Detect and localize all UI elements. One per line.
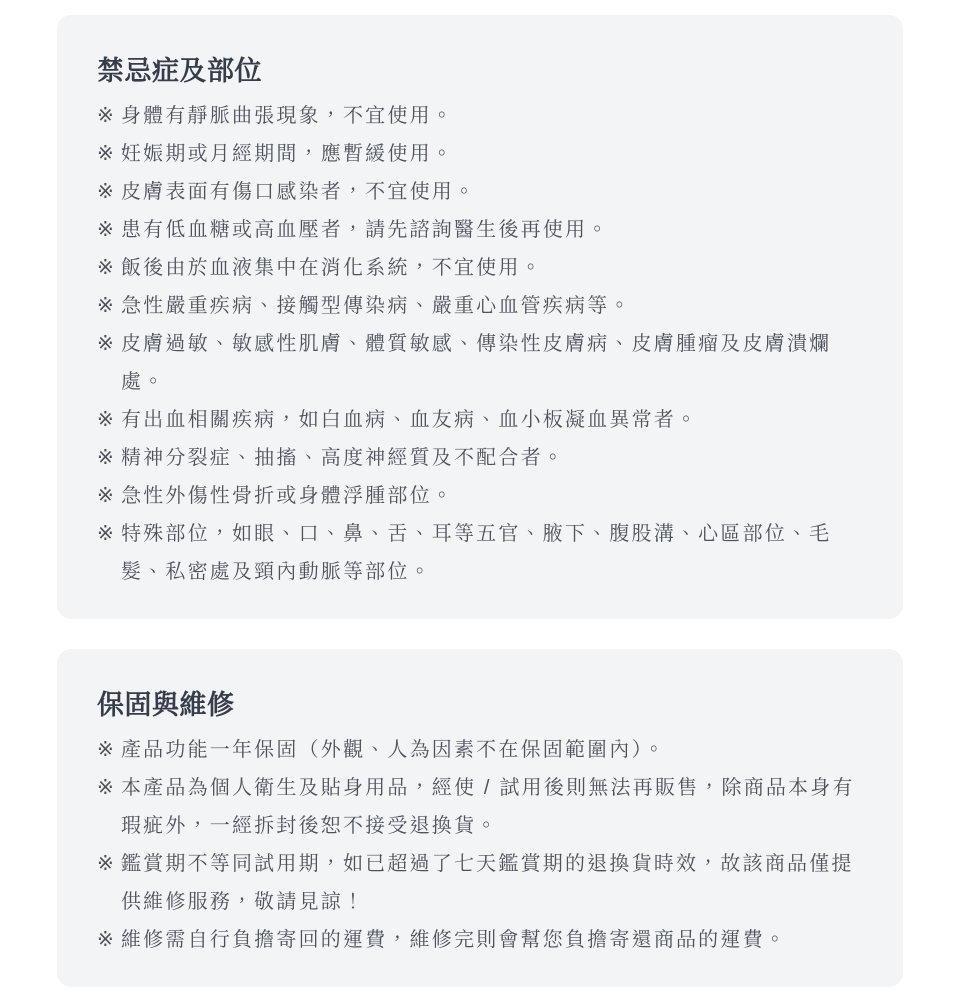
reference-mark-icon: ※ [97,439,116,477]
section-list: ※身體有靜脈曲張現象，不宜使用。※妊娠期或月經期間，應暫緩使用。※皮膚表面有傷口… [97,97,863,591]
list-item: ※有出血相關疾病，如白血病、血友病、血小板凝血異常者。 [97,401,863,439]
section-list: ※產品功能一年保固（外觀、人為因素不在保固範圍內）。※本產品為個人衛生及貼身用品… [97,731,863,959]
reference-mark-icon: ※ [97,173,116,211]
list-item: ※身體有靜脈曲張現象，不宜使用。 [97,97,863,135]
list-item-text: 有出血相關疾病，如白血病、血友病、血小板凝血異常者。 [121,401,863,439]
section-card-warranty: 保固與維修 ※產品功能一年保固（外觀、人為因素不在保固範圍內）。※本產品為個人衛… [57,649,903,987]
list-item: ※鑑賞期不等同試用期，如已超過了七天鑑賞期的退換貨時效，故該商品僅提供維修服務，… [97,845,863,921]
list-item-text: 身體有靜脈曲張現象，不宜使用。 [121,97,863,135]
reference-mark-icon: ※ [97,477,116,515]
list-item: ※維修需自行負擔寄回的運費，維修完則會幫您負擔寄還商品的運費。 [97,921,863,959]
section-title-warranty: 保固與維修 [97,687,863,723]
reference-mark-icon: ※ [97,325,116,363]
list-item-text: 精神分裂症、抽搐、高度神經質及不配合者。 [121,439,863,477]
reference-mark-icon: ※ [97,287,116,325]
list-item: ※特殊部位，如眼、口、鼻、舌、耳等五官、腋下、腹股溝、心區部位、毛髮、私密處及頸… [97,515,863,591]
list-item-text: 妊娠期或月經期間，應暫緩使用。 [121,135,863,173]
list-item: ※飯後由於血液集中在消化系統，不宜使用。 [97,249,863,287]
reference-mark-icon: ※ [97,401,116,439]
list-item: ※妊娠期或月經期間，應暫緩使用。 [97,135,863,173]
list-item-text: 皮膚過敏、敏感性肌膚、體質敏感、傳染性皮膚病、皮膚腫瘤及皮膚潰爛處。 [121,325,863,401]
reference-mark-icon: ※ [97,97,116,135]
list-item-text: 特殊部位，如眼、口、鼻、舌、耳等五官、腋下、腹股溝、心區部位、毛髮、私密處及頸內… [121,515,863,591]
list-item-text: 急性嚴重疾病、接觸型傳染病、嚴重心血管疾病等。 [121,287,863,325]
reference-mark-icon: ※ [97,135,116,173]
list-item-text: 本產品為個人衛生及貼身用品，經使 / 試用後則無法再販售，除商品本身有瑕疵外，一… [121,769,863,845]
list-item-text: 皮膚表面有傷口感染者，不宜使用。 [121,173,863,211]
list-item: ※患有低血糖或高血壓者，請先諮詢醫生後再使用。 [97,211,863,249]
section-card-contraindications: 禁忌症及部位 ※身體有靜脈曲張現象，不宜使用。※妊娠期或月經期間，應暫緩使用。※… [57,15,903,619]
reference-mark-icon: ※ [97,249,116,287]
list-item: ※皮膚過敏、敏感性肌膚、體質敏感、傳染性皮膚病、皮膚腫瘤及皮膚潰爛處。 [97,325,863,401]
list-item: ※皮膚表面有傷口感染者，不宜使用。 [97,173,863,211]
reference-mark-icon: ※ [97,731,116,769]
list-item: ※本產品為個人衛生及貼身用品，經使 / 試用後則無法再販售，除商品本身有瑕疵外，… [97,769,863,845]
content: 禁忌症及部位 ※身體有靜脈曲張現象，不宜使用。※妊娠期或月經期間，應暫緩使用。※… [0,0,960,987]
reference-mark-icon: ※ [97,211,116,249]
list-item-text: 患有低血糖或高血壓者，請先諮詢醫生後再使用。 [121,211,863,249]
reference-mark-icon: ※ [97,769,116,807]
list-item: ※急性嚴重疾病、接觸型傳染病、嚴重心血管疾病等。 [97,287,863,325]
page: { "colors": { "page_background": "#fffff… [0,0,960,988]
reference-mark-icon: ※ [97,845,116,883]
reference-mark-icon: ※ [97,515,116,553]
list-item: ※產品功能一年保固（外觀、人為因素不在保固範圍內）。 [97,731,863,769]
list-item-text: 急性外傷性骨折或身體浮腫部位。 [121,477,863,515]
list-item: ※精神分裂症、抽搐、高度神經質及不配合者。 [97,439,863,477]
list-item-text: 鑑賞期不等同試用期，如已超過了七天鑑賞期的退換貨時效，故該商品僅提供維修服務，敬… [121,845,863,921]
section-title-contraindications: 禁忌症及部位 [97,53,863,89]
list-item-text: 產品功能一年保固（外觀、人為因素不在保固範圍內）。 [121,731,863,769]
list-item-text: 維修需自行負擔寄回的運費，維修完則會幫您負擔寄還商品的運費。 [121,921,863,959]
list-item: ※急性外傷性骨折或身體浮腫部位。 [97,477,863,515]
list-item-text: 飯後由於血液集中在消化系統，不宜使用。 [121,249,863,287]
reference-mark-icon: ※ [97,921,116,959]
